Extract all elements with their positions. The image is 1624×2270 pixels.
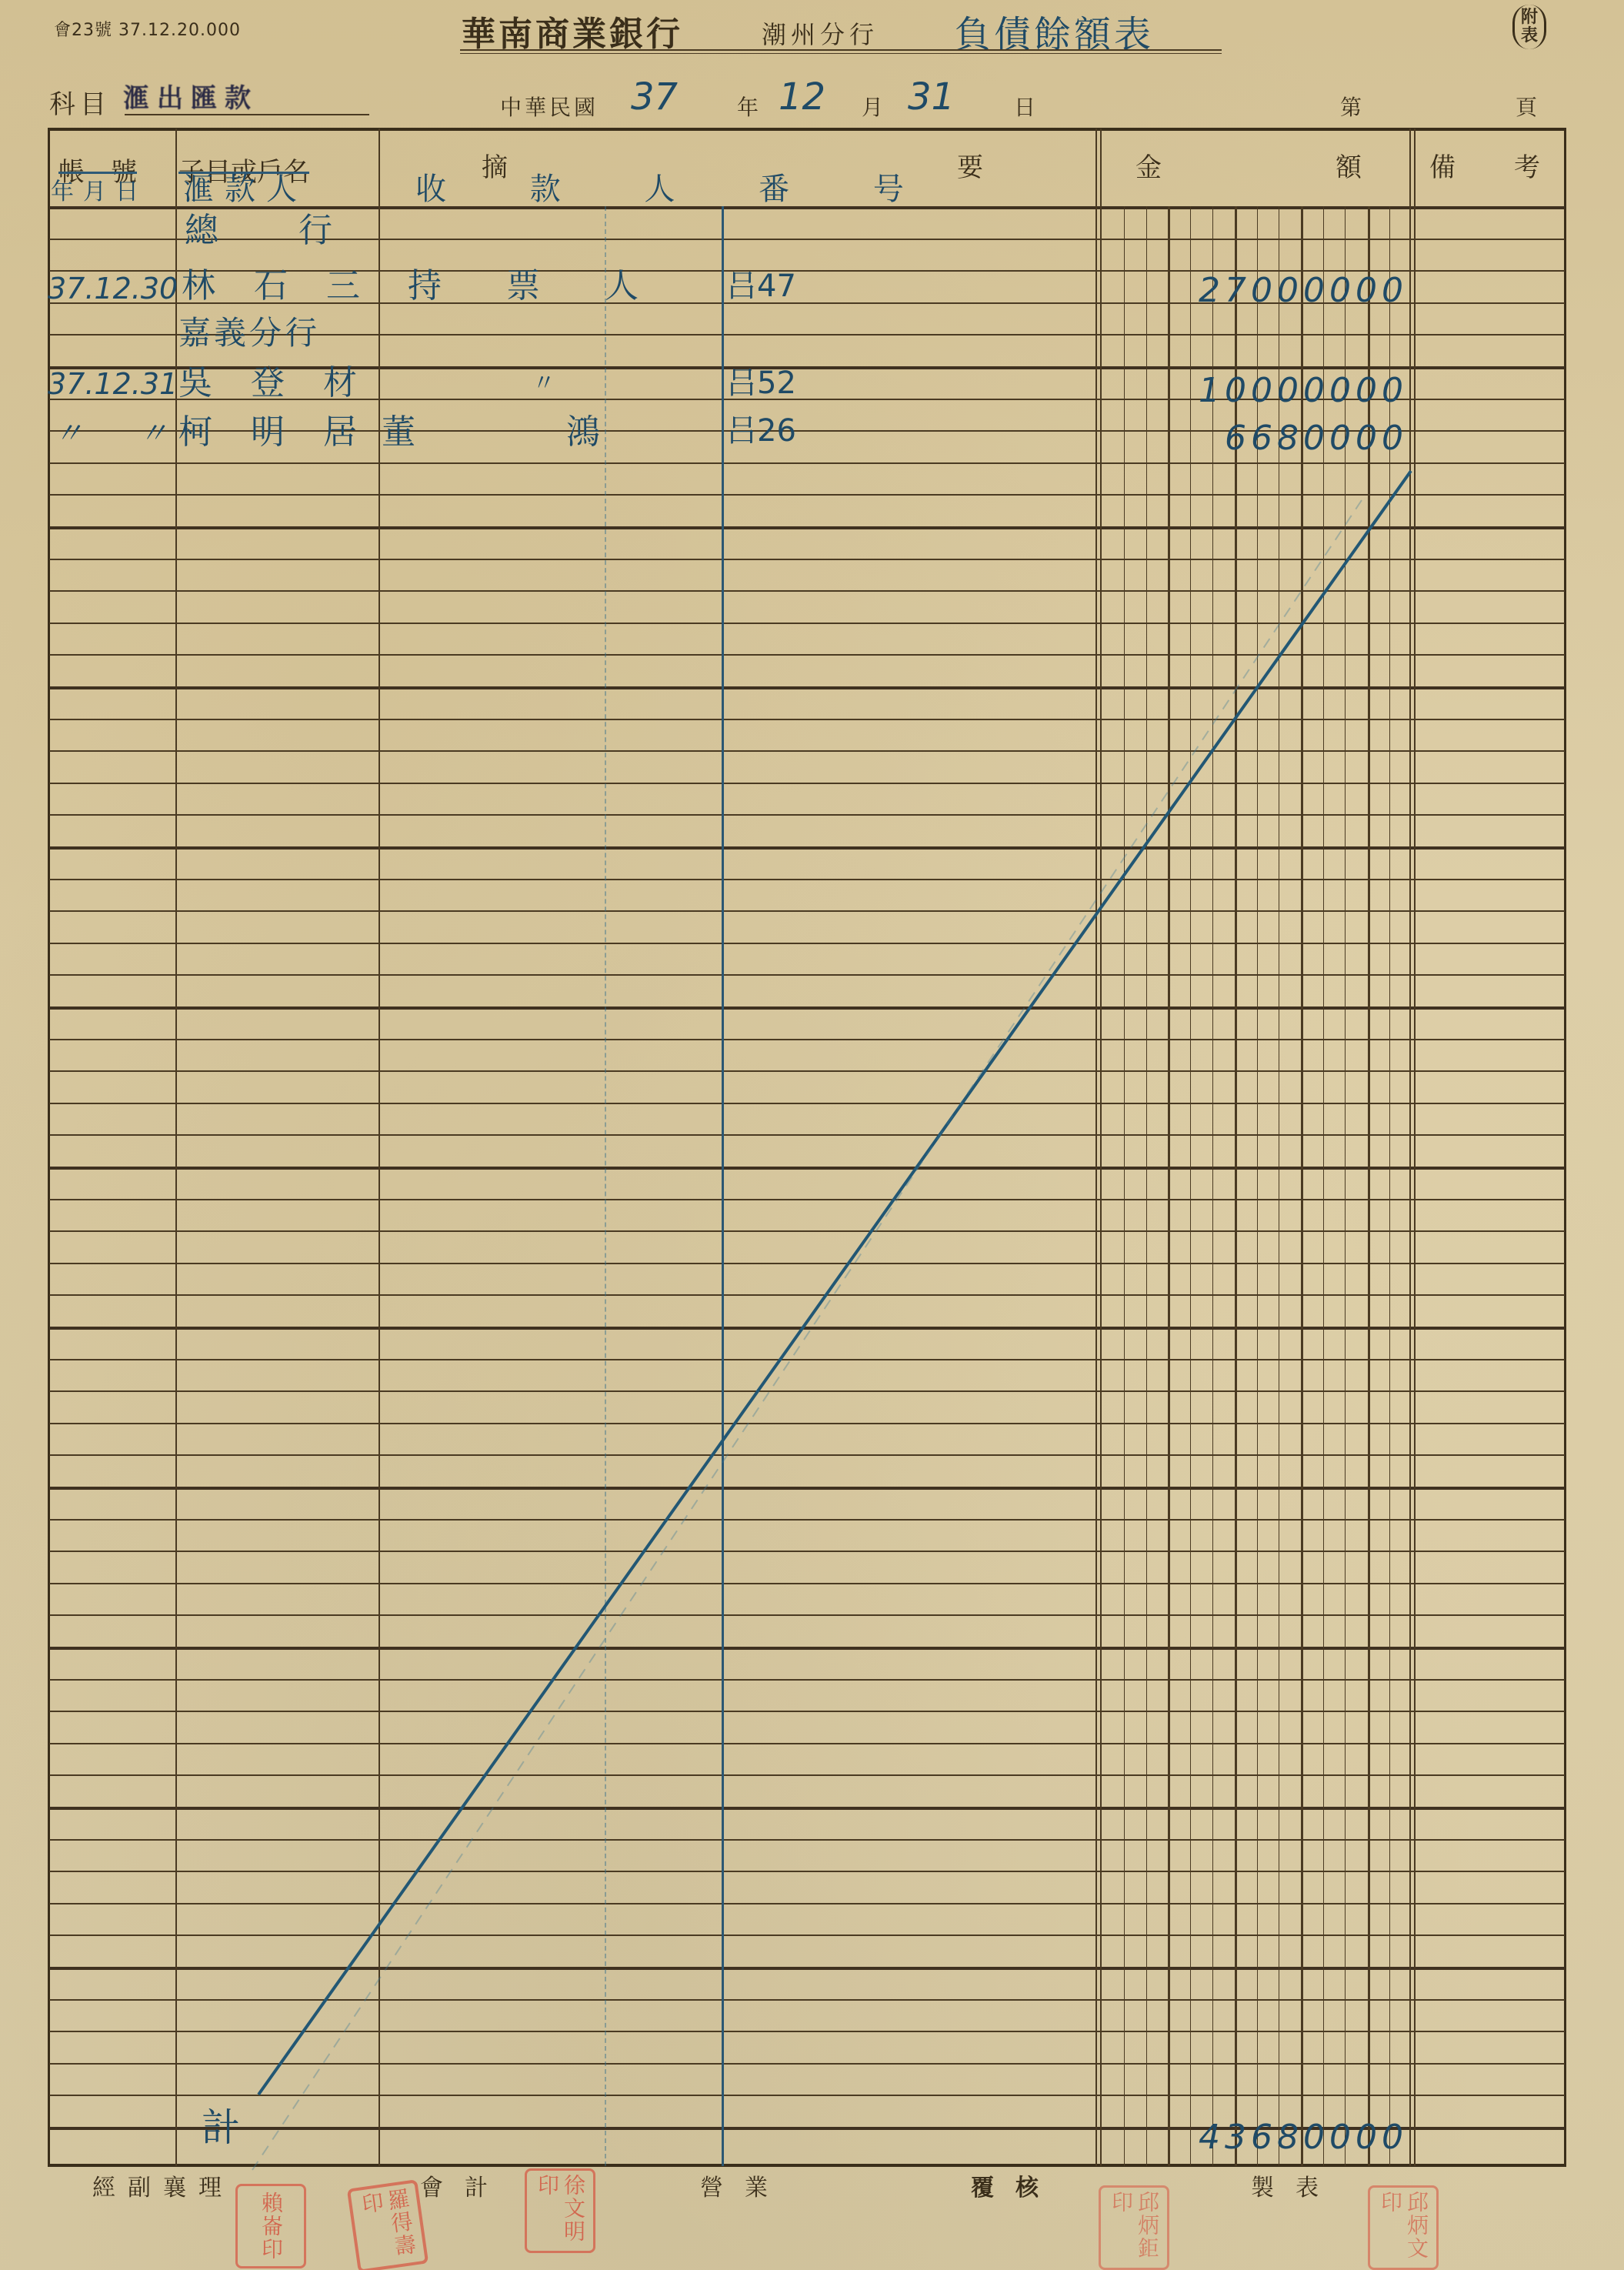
row-rule: [49, 1487, 1565, 1490]
header-amount-left: 金: [1135, 146, 1162, 184]
row-rule: [49, 1551, 1565, 1552]
row-rule: [49, 494, 1565, 496]
amount-digit-divider: [1212, 206, 1213, 2166]
row-rule: [49, 846, 1565, 850]
signature-label-accounting: 會計: [420, 2168, 509, 2202]
row-rule: [49, 1679, 1565, 1681]
row-rule: [49, 1134, 1565, 1136]
amount-digit-divider: [1279, 206, 1279, 2166]
row-rule: [49, 1519, 1565, 1521]
amount-digit-divider: [1146, 206, 1147, 2166]
annex-label-top: 附: [1515, 8, 1544, 26]
row-rule: [49, 1903, 1565, 1904]
header-amount-right: 額: [1336, 146, 1362, 184]
red-seal-4: 邱炳鉅印: [1099, 2185, 1169, 2270]
row-4-amount: 10000000: [1131, 371, 1408, 410]
amount-digit-divider: [1257, 206, 1258, 2166]
subject-label: 科目: [49, 83, 111, 121]
row-rule: [49, 974, 1565, 976]
column-divider: [378, 129, 380, 2166]
row-rule: [49, 1614, 1565, 1616]
subject-value: 滙出匯款: [123, 77, 258, 115]
row-rule: [49, 2063, 1565, 2065]
row-rule: [49, 1230, 1565, 1232]
row-rule: [49, 1711, 1565, 1712]
annex-label-bottom: 表: [1515, 26, 1544, 45]
amount-digit-divider: [1323, 206, 1324, 2166]
column-divider: [1409, 129, 1411, 2166]
row-rule: [49, 590, 1565, 592]
row-rule: [49, 1103, 1565, 1104]
row-1-name: 總 行: [185, 214, 355, 248]
row-rule: [49, 1967, 1565, 1970]
red-seal-5: 邱炳文印: [1368, 2185, 1439, 2270]
amount-digit-divider: [1345, 206, 1346, 2166]
row-5-name: 柯 明 居: [178, 416, 371, 449]
column-divider: [1095, 129, 1097, 2166]
date-era-label: 中華民國: [500, 91, 599, 122]
amount-digit-divider: [1235, 206, 1237, 2166]
row-rule: [49, 1359, 1565, 1360]
title-underline: [460, 49, 1222, 54]
date-day-label: 日: [1014, 91, 1035, 122]
date-year-label: 年: [737, 91, 759, 122]
annex-mark: 附 表: [1512, 5, 1546, 49]
header-remarks-left: 備: [1429, 146, 1456, 184]
date-day: 31: [908, 75, 955, 119]
signature-label-operations: 營業: [700, 2168, 789, 2202]
row-rule: [49, 719, 1565, 720]
row-rule: [49, 1006, 1565, 1010]
row-rule: [49, 623, 1565, 624]
red-seal-1: 賴崙印: [235, 2184, 306, 2268]
row-rule: [49, 943, 1565, 944]
row-rule: [49, 1583, 1565, 1584]
column-divider: [1414, 129, 1416, 2166]
row-rule: [49, 1743, 1565, 1744]
row-rule: [49, 1871, 1565, 1872]
header-summary-right: 要: [957, 146, 983, 184]
amount-digit-divider: [1190, 206, 1191, 2166]
row-2-name: 林 石 三: [182, 269, 374, 303]
row-rule: [49, 1327, 1565, 1330]
red-seal-3: 徐文明印: [525, 2168, 595, 2253]
summary-ink-divider: [722, 206, 724, 2166]
row-5-amount: 6680000: [1131, 419, 1408, 458]
row-rule: [49, 559, 1565, 560]
row-rule: [49, 1999, 1565, 2001]
red-seal-2: 羅得壽印: [347, 2179, 429, 2270]
row-rule: [49, 879, 1565, 880]
row-rule: [49, 910, 1565, 912]
amount-digit-divider: [1368, 206, 1370, 2166]
total-amount: 43680000: [1131, 2118, 1408, 2157]
handwritten-header-date: 年月日: [51, 172, 148, 206]
row-rule: [49, 1390, 1565, 1392]
row-rule: [49, 1167, 1565, 1170]
row-rule: [49, 1199, 1565, 1200]
row-5-date: 〃 〃: [54, 419, 191, 448]
row-rule: [49, 1935, 1565, 1936]
header-remarks-right: 考: [1514, 146, 1540, 184]
row-4-date: 37.12.31: [48, 369, 178, 399]
amount-digit-divider: [1389, 206, 1390, 2166]
handwritten-header-remitter: 滙款人: [183, 165, 308, 209]
row-2-amount: 27000000: [1131, 271, 1408, 310]
signature-label-review: 覆核: [971, 2168, 1060, 2202]
column-divider: [1100, 129, 1102, 2166]
row-4-name: 吳 登 材: [178, 366, 371, 400]
row-3-name: 嘉義分行: [178, 317, 320, 349]
date-month: 12: [779, 75, 825, 119]
signature-label-deputy-manager: 經副襄理: [92, 2168, 234, 2202]
row-rule: [49, 1423, 1565, 1424]
amount-digit-divider: [1301, 206, 1303, 2166]
row-rule: [49, 814, 1565, 816]
row-2-date: 37.12.30: [48, 274, 178, 303]
row-rule: [49, 1774, 1565, 1776]
row-5-payee: 董 鴻: [382, 416, 612, 449]
row-2-ref: 吕47: [726, 271, 796, 302]
total-label: 計: [202, 2108, 240, 2147]
summary-pencil-divider: [605, 206, 606, 2166]
row-rule: [49, 526, 1565, 529]
bank-name: 華南商業銀行: [462, 6, 683, 55]
form-code: 會23號 37.12.20.000: [54, 17, 241, 41]
amount-digit-divider: [1124, 206, 1125, 2166]
handwritten-header-summary: 收 款 人 番 号: [415, 165, 941, 209]
row-rule: [49, 2031, 1565, 2032]
row-rule: [49, 1263, 1565, 1264]
row-rule: [49, 1039, 1565, 1040]
row-rule: [49, 1839, 1565, 1841]
row-4-payee: 〃: [532, 372, 555, 396]
row-rule: [49, 1294, 1565, 1296]
row-rule: [49, 783, 1565, 784]
row-rule: [49, 750, 1565, 752]
row-rule: [49, 654, 1565, 656]
row-rule: [49, 1070, 1565, 1072]
row-4-ref: 吕52: [726, 368, 796, 399]
date-year: 37: [631, 75, 678, 119]
page-suffix: 頁: [1516, 91, 1537, 122]
row-rule: [49, 1647, 1565, 1650]
date-month-label: 月: [862, 91, 883, 122]
subject-underline: [125, 114, 369, 115]
row-rule: [49, 462, 1565, 464]
row-rule: [49, 1807, 1565, 1810]
branch-name: 潮州分行: [762, 15, 879, 51]
row-rule: [49, 1454, 1565, 1456]
amount-digit-divider: [1168, 206, 1170, 2166]
signature-label-preparer: 製表: [1251, 2168, 1340, 2202]
page-label: 第: [1340, 91, 1362, 122]
row-rule: [49, 2095, 1565, 2096]
row-5-ref: 吕26: [726, 416, 796, 446]
row-2-payee: 持 票 人: [408, 269, 654, 303]
row-rule: [49, 686, 1565, 689]
